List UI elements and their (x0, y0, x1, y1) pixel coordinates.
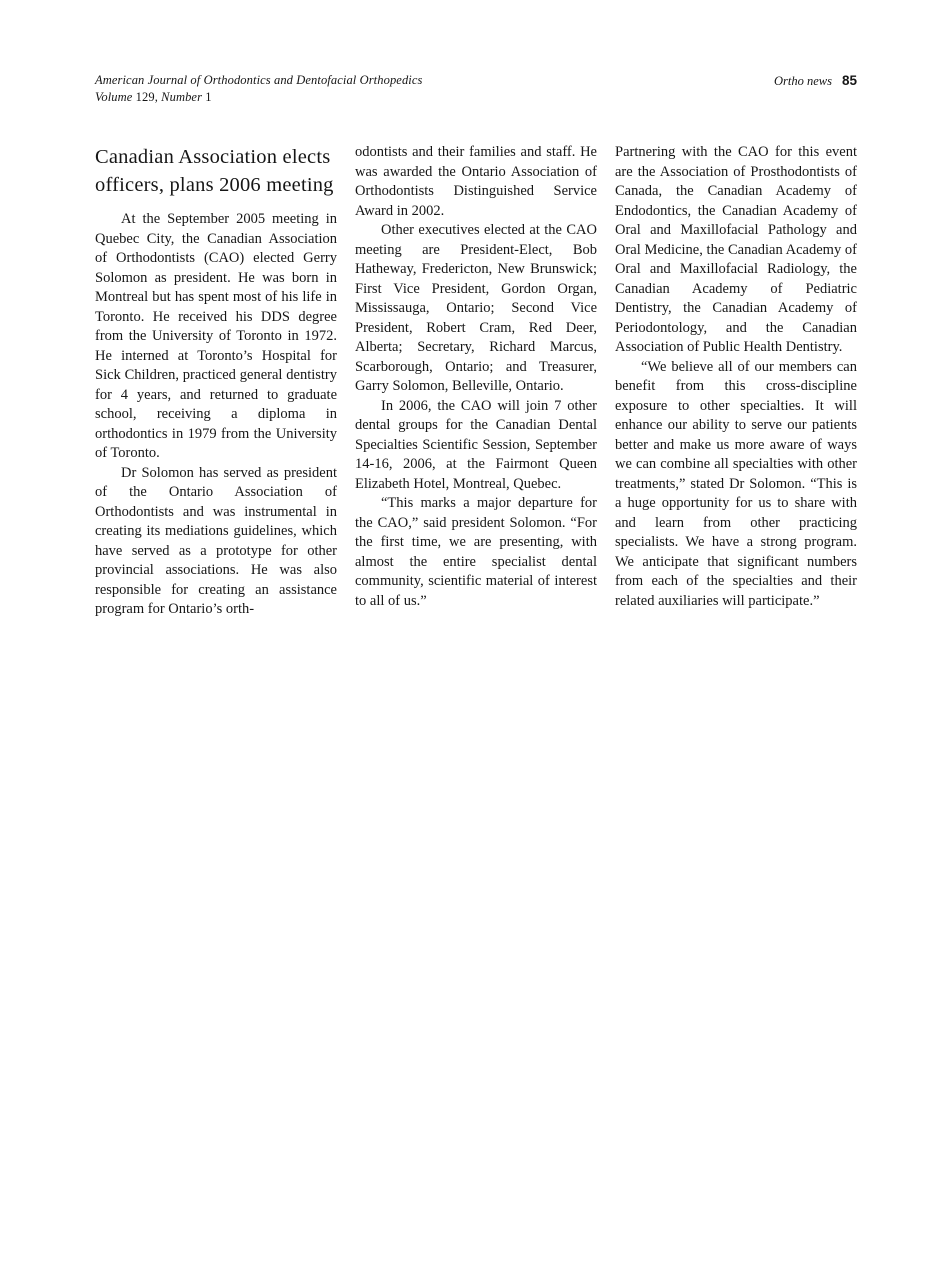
volume-label: Volume (95, 90, 132, 104)
volume-issue-line: Volume 129, Number 1 (95, 89, 423, 106)
volume-number: 129, (136, 90, 158, 104)
article-paragraph: “This marks a major departure for the CA… (355, 494, 597, 611)
number-label: Number (161, 90, 202, 104)
section-name: Ortho news (774, 74, 832, 88)
section-and-page: Ortho news85 (774, 72, 857, 90)
article-paragraph: “We believe all of our members can benef… (615, 358, 857, 612)
article-paragraph: At the September 2005 meeting in Quebec … (95, 210, 337, 464)
issue-number: 1 (205, 90, 211, 104)
article-paragraph: Other executives elected at the CAO meet… (355, 221, 597, 397)
article-body: Canadian Association elects officers, pl… (95, 143, 857, 620)
article-paragraph: odontists and their families and staff. … (355, 143, 597, 221)
journal-info: American Journal of Orthodontics and Den… (95, 72, 423, 106)
article-paragraph: In 2006, the CAO will join 7 other denta… (355, 397, 597, 495)
journal-title: American Journal of Orthodontics and Den… (95, 72, 423, 89)
column-1: Canadian Association elects officers, pl… (95, 143, 337, 620)
page-number: 85 (842, 73, 857, 88)
journal-page: American Journal of Orthodontics and Den… (0, 0, 950, 1272)
column-2: odontists and their families and staff. … (355, 143, 597, 620)
column-3: Partnering with the CAO for this event a… (615, 143, 857, 620)
running-head: American Journal of Orthodontics and Den… (95, 72, 857, 106)
article-paragraph: Dr Solomon has served as president of th… (95, 464, 337, 620)
article-title: Canadian Association elects officers, pl… (95, 143, 337, 199)
article-paragraph: Partnering with the CAO for this event a… (615, 143, 857, 358)
